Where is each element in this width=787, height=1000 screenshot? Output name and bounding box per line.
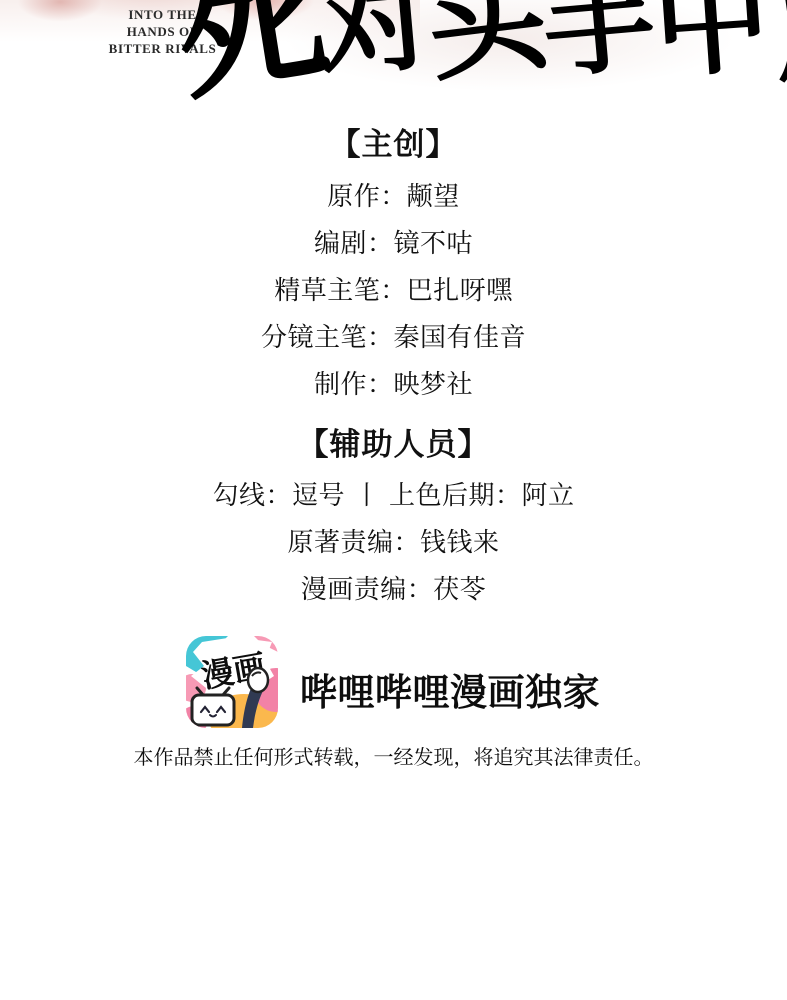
- title-char: 中: [650, 0, 774, 86]
- credit-production-studio: 制作：映梦社: [0, 371, 787, 401]
- main-credits-header: 【主创】: [0, 128, 787, 164]
- copyright-disclaimer: 本作品禁止任何形式转载，一经发现，将追究其法律责任。: [0, 741, 787, 770]
- icon-tv-mascot: [192, 688, 234, 725]
- assistant-credits-header: 【辅助人员】: [0, 428, 787, 464]
- credit-novel-editor: 原著责编：钱钱来: [0, 529, 787, 559]
- bilibili-exclusive-label: 哔哩哔哩漫画独家: [300, 662, 600, 716]
- title-char: 死: [165, 0, 337, 111]
- title-char: 头: [421, 0, 553, 89]
- title-char: 手: [539, 0, 658, 85]
- bilibili-manga-app-icon: 漫画: [186, 636, 278, 728]
- calligraphy-title: 死对头手中后: [176, 0, 776, 124]
- credit-storyboard-lead-artist: 分镜主笔：秦国有佳音: [0, 324, 787, 354]
- credit-original-work: 原作：颟望: [0, 183, 787, 213]
- credits-page: INTO THE HANDS OF BITTER RIVALS 死对头手中后 【…: [0, 0, 787, 1000]
- credit-screenwriter: 编剧：镜不咕: [0, 230, 787, 260]
- credit-lineart-coloring: 勾线：逗号 丨 上色后期：阿立: [0, 482, 787, 512]
- credit-manga-editor: 漫画责编：茯苓: [0, 576, 787, 606]
- title-char: 对: [315, 0, 436, 85]
- credit-draft-lead-artist: 精草主笔：巴扎呀嘿: [0, 277, 787, 307]
